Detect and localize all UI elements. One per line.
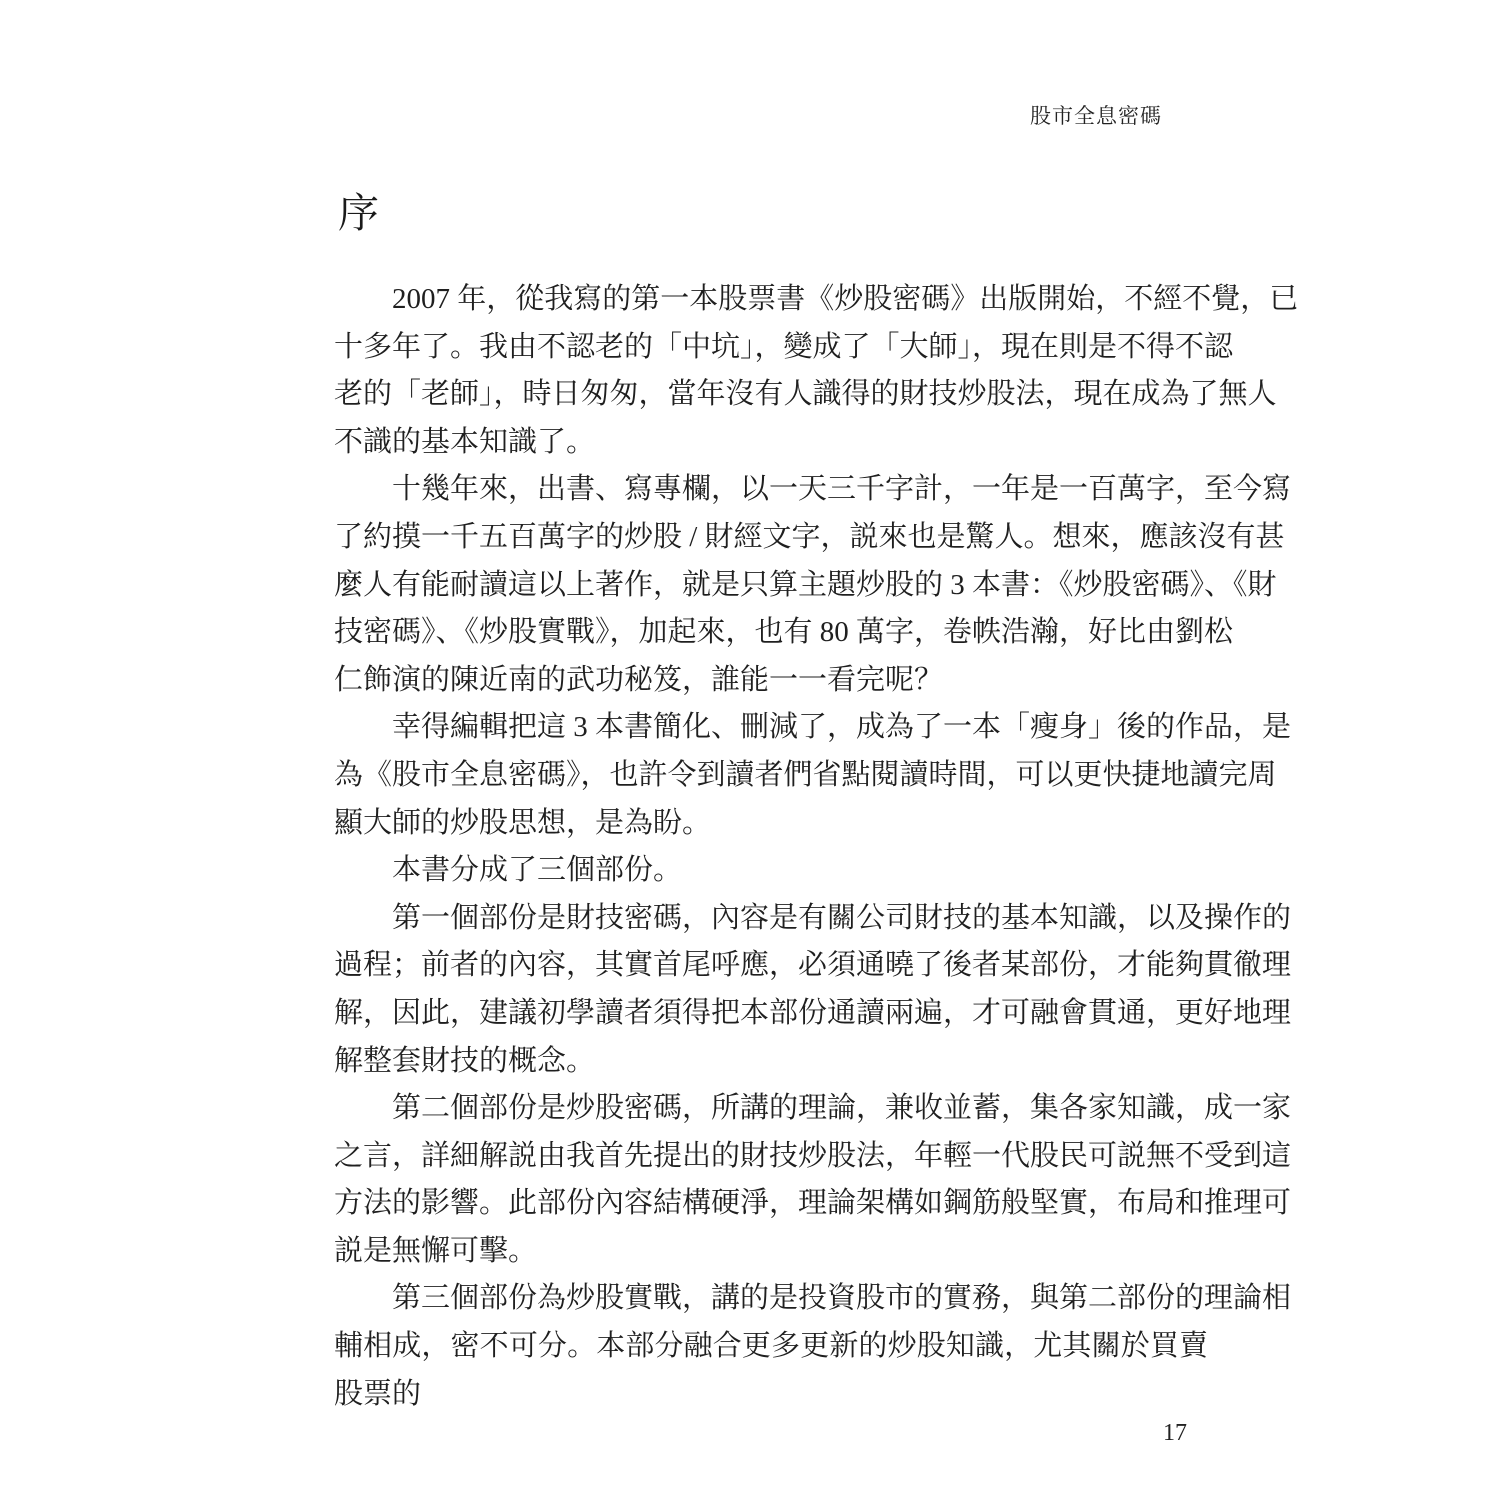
text-line: 麼人有能耐讀這以上著作，就是只算主題炒股的 3 本書：《炒股密碼》、《財 (334, 562, 1208, 610)
text-line: 方法的影響。此部份內容結構硬淨，理論架構如鋼筋般堅實，布局和推理可 (334, 1180, 1208, 1228)
page-number: 17 (1163, 1420, 1187, 1447)
text-line: 老的「老師」，時日匆匆，當年沒有人識得的財技炒股法，現在成為了無人 (334, 371, 1208, 419)
text-line: 十幾年來，出書、寫專欄，以一天三千字計，一年是一百萬字，至今寫 (334, 466, 1208, 514)
text-line: 不識的基本知識了。 (334, 419, 1208, 467)
text-line: 技密碼》、《炒股實戰》，加起來，也有 80 萬字，卷帙浩瀚，好比由劉松 (334, 609, 1208, 657)
text-line: 顯大師的炒股思想，是為盼。 (334, 800, 1208, 848)
text-line: 第三個部份為炒股實戰，講的是投資股市的實務，與第二部份的理論相 (334, 1275, 1208, 1323)
text-line: 幸得編輯把這 3 本書簡化、刪減了，成為了一本「瘦身」後的作品，是 (334, 704, 1208, 752)
text-line: 過程；前者的內容，其實首尾呼應，必須通曉了後者某部份，才能夠貫徹理 (334, 942, 1208, 990)
text-line: 輔相成，密不可分。本部分融合更多更新的炒股知識，尤其關於買賣股票的 (334, 1323, 1208, 1371)
text-line: 2007 年，從我寫的第一本股票書《炒股密碼》出版開始，不經不覺，已 (334, 276, 1208, 324)
text-line: 之言，詳細解説由我首先提出的財技炒股法，年輕一代股民可説無不受到這 (334, 1133, 1208, 1181)
article-body: 2007 年，從我寫的第一本股票書《炒股密碼》出版開始，不經不覺，已十多年了。我… (334, 276, 1208, 1371)
text-line: 了約摸一千五百萬字的炒股 / 財經文字，説來也是驚人。想來，應該沒有甚 (334, 514, 1208, 562)
book-page: 股市全息密碼 序 2007 年，從我寫的第一本股票書《炒股密碼》出版開始，不經不… (0, 0, 1500, 1500)
running-header: 股市全息密碼 (1030, 100, 1162, 130)
text-line: 十多年了。我由不認老的「中坑」，變成了「大師」，現在則是不得不認 (334, 324, 1208, 372)
text-line: 本書分成了三個部份。 (334, 847, 1208, 895)
text-line: 第一個部份是財技密碼，內容是有關公司財技的基本知識，以及操作的 (334, 895, 1208, 943)
text-line: 為《股市全息密碼》，也許令到讀者們省點閱讀時間，可以更快捷地讀完周 (334, 752, 1208, 800)
chapter-title: 序 (338, 180, 379, 239)
text-line: 仁飾演的陳近南的武功秘笈，誰能一一看完呢？ (334, 657, 1208, 705)
text-line: 解，因此，建議初學讀者須得把本部份通讀兩遍，才可融會貫通，更好地理 (334, 990, 1208, 1038)
text-line: 解整套財技的概念。 (334, 1038, 1208, 1086)
text-line: 説是無懈可擊。 (334, 1228, 1208, 1276)
text-line: 第二個部份是炒股密碼，所講的理論，兼收並蓄，集各家知識，成一家 (334, 1085, 1208, 1133)
